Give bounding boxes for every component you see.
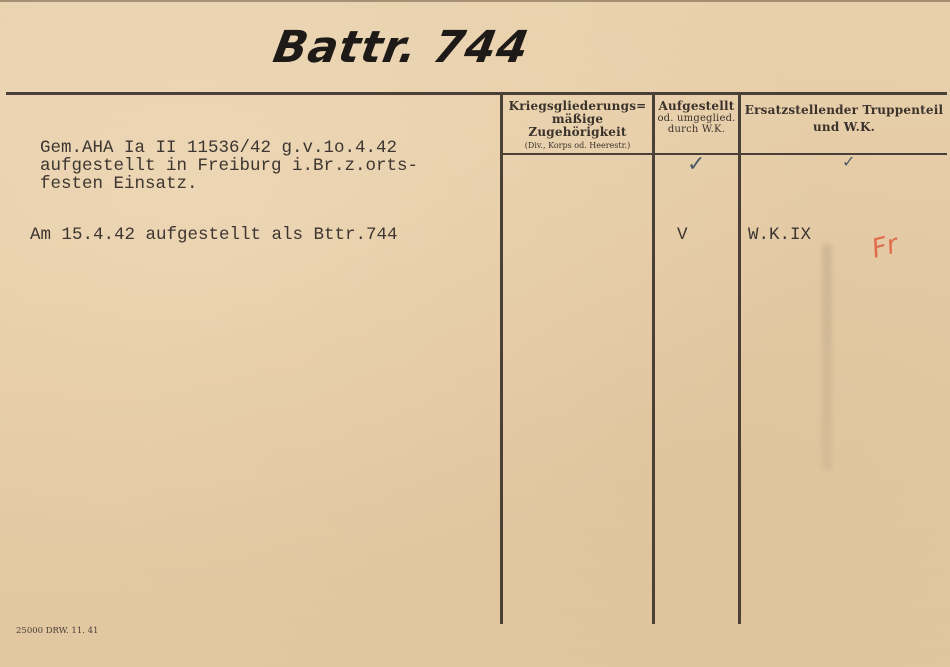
red-pencil-initials: Fr [869,229,901,264]
checkmark-ersatz-icon: ✓ [842,152,855,171]
entry-line-2: aufgestellt in Freiburg i.Br.z.orts- [40,157,418,175]
column-divider-2 [652,93,655,624]
column-header-bottom-rule [500,153,947,155]
column-header-title-line2: und W.K. [741,121,947,134]
index-card: Battr. 744 Kriegsgliederungs= mäßige Zug… [0,0,950,667]
column-header-aufgestellt: Aufgestellt od. umgeglied. durch W.K. [655,100,738,135]
column-header-kriegsgliederung: Kriegsgliederungs= mäßige Zugehörigkeit … [503,100,652,150]
column-header-subtitle: (Div., Korps od. Heerestr.) [503,142,652,151]
column-header-title-line2: mäßige Zugehörigkeit [503,113,652,139]
entry-line-1: Gem.AHA Ia II 11536/42 g.v.1o.4.42 [40,139,397,157]
column-header-title-line1: Ersatzstellender Truppenteil [741,104,947,117]
header-rule [6,92,947,95]
column-divider-3 [738,93,741,624]
entry-line-4: Am 15.4.42 aufgestellt als Bttr.744 [30,226,398,244]
value-ersatz: W.K.IX [748,226,811,244]
printer-imprint: 25000 DRW. 11. 41 [16,626,98,636]
column-header-title-line3: durch W.K. [655,124,738,135]
handwritten-unit-title: Battr. 744 [270,22,534,73]
column-header-title-line2: od. umgeglied. [655,113,738,124]
value-aufgestellt: V [677,226,688,244]
checkmark-aufgestellt-icon: ✓ [687,152,705,177]
column-divider-1 [500,93,503,624]
column-header-title-line1: Aufgestellt [655,100,738,113]
column-header-ersatz: Ersatzstellender Truppenteil und W.K. [741,104,947,134]
card-top-edge [0,0,950,2]
entry-line-3: festen Einsatz. [40,175,198,193]
paper-stain [822,245,832,470]
